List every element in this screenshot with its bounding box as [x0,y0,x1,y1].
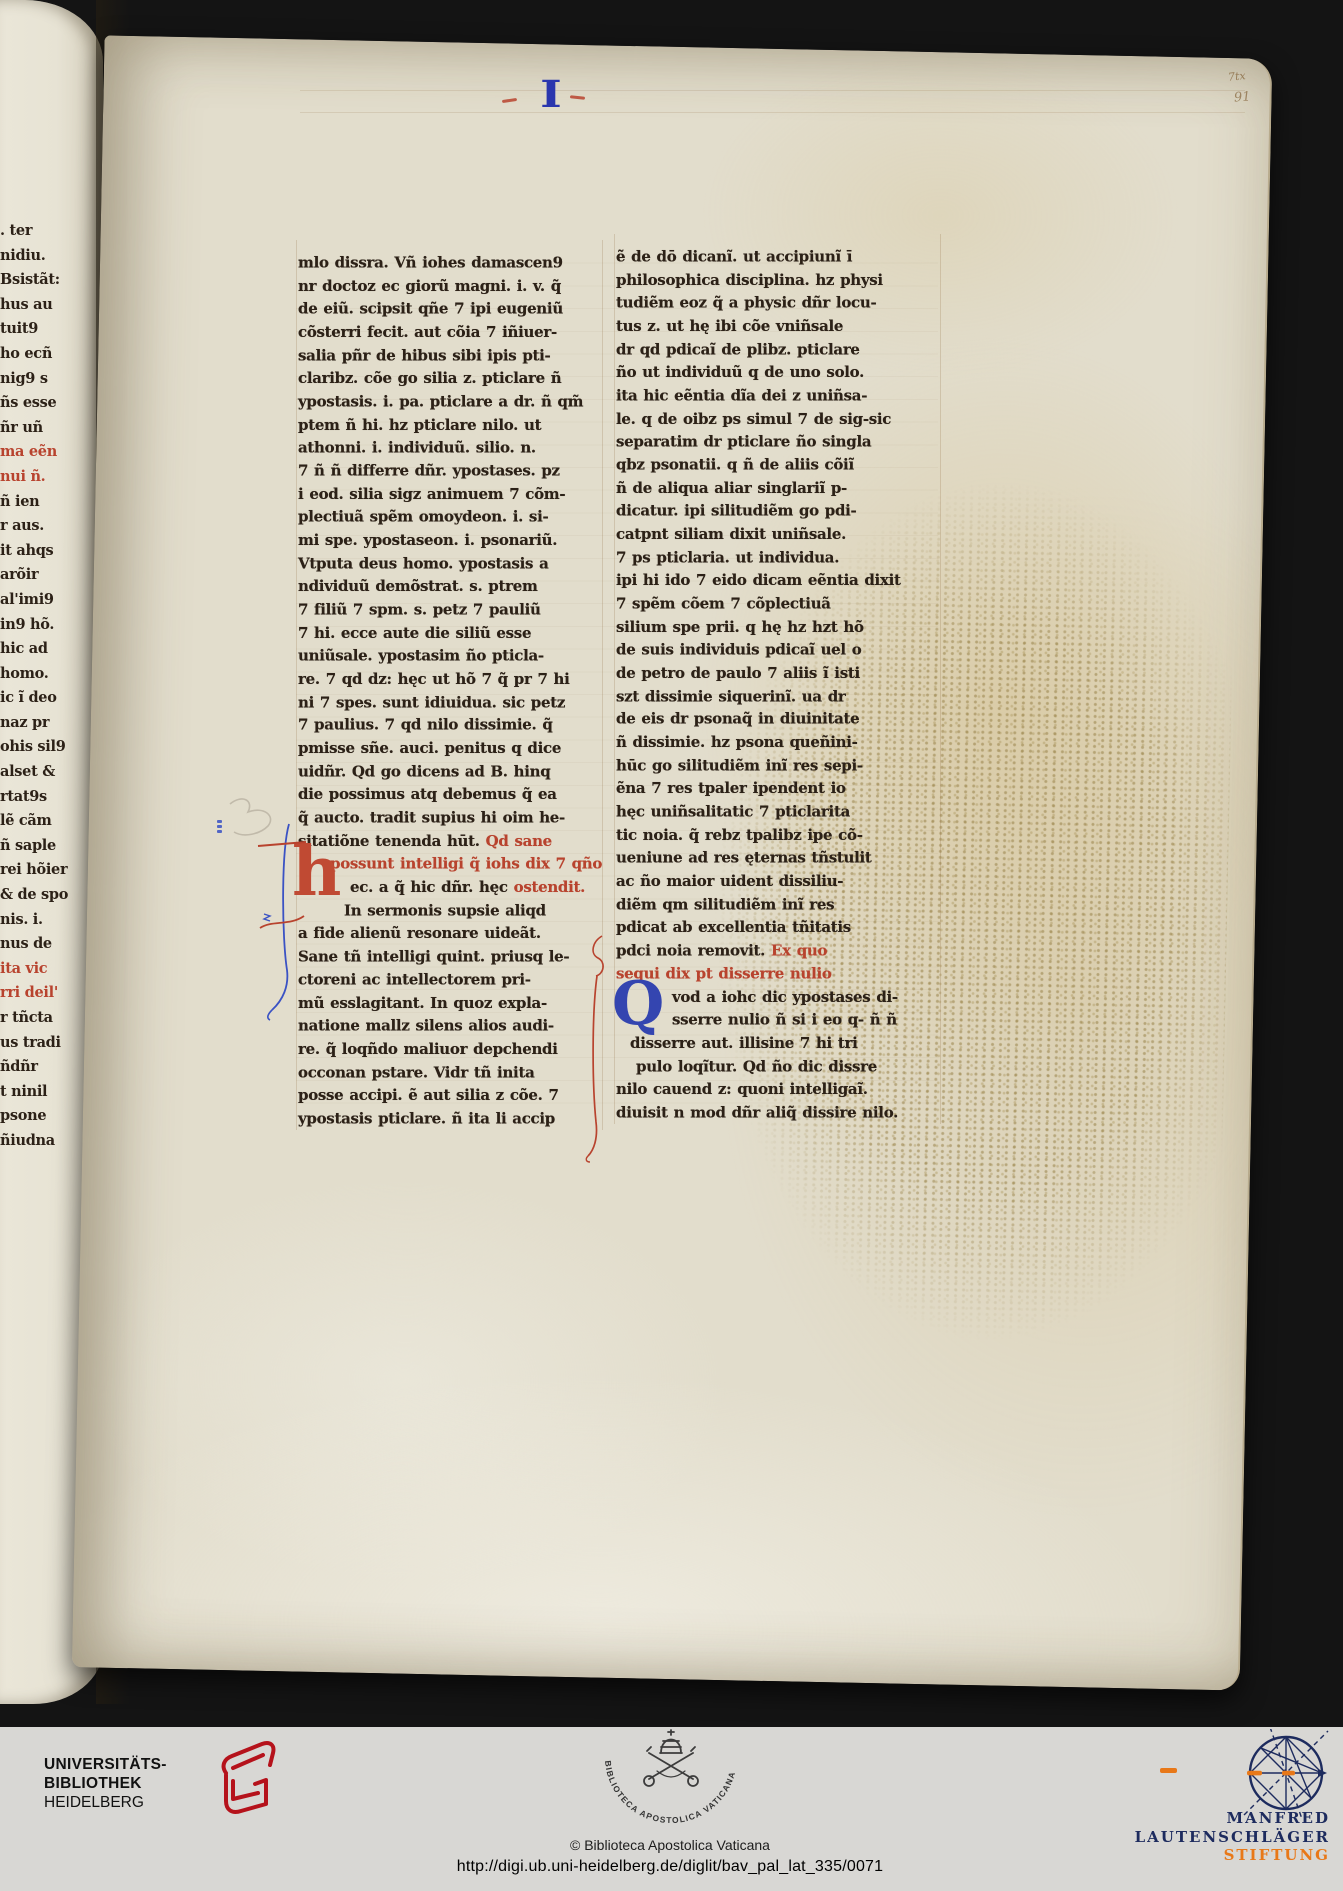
ink-text: in9 hõ. [0,615,54,633]
sliver-line: rri deil' [0,984,96,1009]
sliver-line: hus au [0,295,96,320]
sliver-line: psone [0,1107,96,1132]
ub-heidelberg-wordmark: UNIVERSITÄTS- BIBLIOTHEK HEIDELBERG [44,1755,167,1812]
ink-text: us tradi [0,1033,61,1051]
ink-text: it ahqs [0,541,53,559]
sliver-line: hic ad [0,640,96,665]
ink-text: . ter [0,222,32,239]
ink-text: ñdñr [0,1058,38,1076]
ink-text: ic ĩ deo [0,689,57,707]
sliver-column: . ternidiu.Bsistãt:hus autuit9ho ecñnig9… [0,222,96,1157]
ink-text: rtat9s [0,787,47,805]
sliver-line: in9 hõ. [0,615,96,640]
sliver-line: al'imi9 [0,591,96,616]
sliver-line: & de spo [0,886,96,911]
ub-line1: UNIVERSITÄTS- [44,1755,167,1774]
sliver-line: ñs esse [0,394,96,419]
sliver-line: nui ñ. [0,468,96,493]
sliver-line: r tñcta [0,1009,96,1034]
ub-line2: BIBLIOTHEK [44,1774,167,1793]
mls-line3: STIFTUNG [1135,1846,1330,1865]
footer-band: UNIVERSITÄTS- BIBLIOTHEK HEIDELBERG [0,1727,1343,1891]
ink-text: ñ saple [0,836,56,854]
sliver-line: ñdñr [0,1058,96,1083]
ink-text: arõir [0,566,38,584]
vatican-library-seal: BIBLIOTECA APOSTOLICA VATICANA [597,1727,745,1831]
ink-text: homo. [0,664,49,682]
ink-text: psone [0,1107,46,1125]
sliver-line: r aus. [0,517,96,542]
ink-text: nig9 s [0,369,48,387]
sliver-line: ic ĩ deo [0,689,96,714]
ink-text: lẽ cãm [0,812,52,830]
mls-orange-dash [1160,1768,1177,1773]
mls-line2: LAUTENSCHLÄGER [1135,1828,1330,1847]
ink-text: tuit9 [0,320,38,338]
source-url: http://digi.ub.uni-heidelberg.de/diglit/… [380,1858,960,1876]
sliver-line: Bsistãt: [0,271,96,296]
ub-line3: HEIDELBERG [44,1793,167,1812]
ink-text: nidiu. [0,246,46,264]
sliver-line: tuit9 [0,320,96,345]
ink-text: rei hõier [0,861,67,879]
sliver-line: nidiu. [0,246,96,271]
sliver-line: ñ ien [0,492,96,517]
ink-text: alset & [0,763,55,781]
sliver-line: rtat9s [0,787,96,812]
vatican-copyright: © Biblioteca Apostolica Vaticana [470,1837,870,1853]
sliver-line: alset & [0,763,96,788]
ink-text: hus au [0,295,52,313]
lautenschlaeger-wordmark: MANFRED LAUTENSCHLÄGER STIFTUNG [1135,1809,1330,1865]
sliver-line: ma eẽn [0,443,96,468]
sliver-line: it ahqs [0,541,96,566]
ink-text: naz pr [0,714,49,732]
sliver-line: ohis sil9 [0,738,96,763]
ink-text: ñs esse [0,394,56,412]
rubric-text: nui ñ. [0,468,45,486]
ink-text: ho ecñ [0,345,52,363]
sliver-line: lẽ cãm [0,812,96,837]
ink-text: & de spo [0,886,68,904]
sliver-line: ñr uñ [0,418,96,443]
sliver-line: arõir [0,566,96,591]
vellum-speckle-texture [637,477,1236,1438]
ink-text: r aus. [0,517,44,535]
rubric-text: rri deil' [0,984,58,1002]
ink-text: ñr uñ [0,418,43,436]
sliver-line: ho ecñ [0,345,96,370]
sliver-line: nis. i. [0,910,96,935]
sliver-line: homo. [0,664,96,689]
svg-text:BIBLIOTECA APOSTOLICA VATICANA: BIBLIOTECA APOSTOLICA VATICANA [603,1760,737,1825]
rubric-text: ma eẽn [0,443,57,461]
ink-text: nis. i. [0,910,43,928]
sliver-line: us tradi [0,1033,96,1058]
ink-text: ñ ien [0,492,39,510]
ink-text: t ninil [0,1082,47,1100]
rubric-text: ita vic [0,959,47,977]
manuscript-page [72,35,1273,1690]
ink-text: al'imi9 [0,591,54,609]
sliver-line: t ninil [0,1082,96,1107]
ink-text: hic ad [0,640,48,658]
ink-text: Bsistãt: [0,271,60,289]
sliver-line: rei hõier [0,861,96,886]
ink-text: nus de [0,935,52,953]
sliver-line: nus de [0,935,96,960]
scan-stage: . ternidiu.Bsistãt:hus autuit9ho ecñnig9… [0,0,1343,1891]
ink-text: ohis sil9 [0,738,66,756]
ink-text: r tñcta [0,1009,53,1027]
seal-curved-text: BIBLIOTECA APOSTOLICA VATICANA [603,1760,737,1825]
sliver-line: . ter [0,222,96,247]
sliver-line: nig9 s [0,369,96,394]
sliver-line: ñ saple [0,836,96,861]
sliver-line: ita vic [0,959,96,984]
ink-text: ñiudna [0,1132,55,1150]
sliver-line: naz pr [0,714,96,739]
mls-line1: MANFRED [1135,1809,1330,1828]
ub-heidelberg-logo-icon [200,1735,292,1821]
